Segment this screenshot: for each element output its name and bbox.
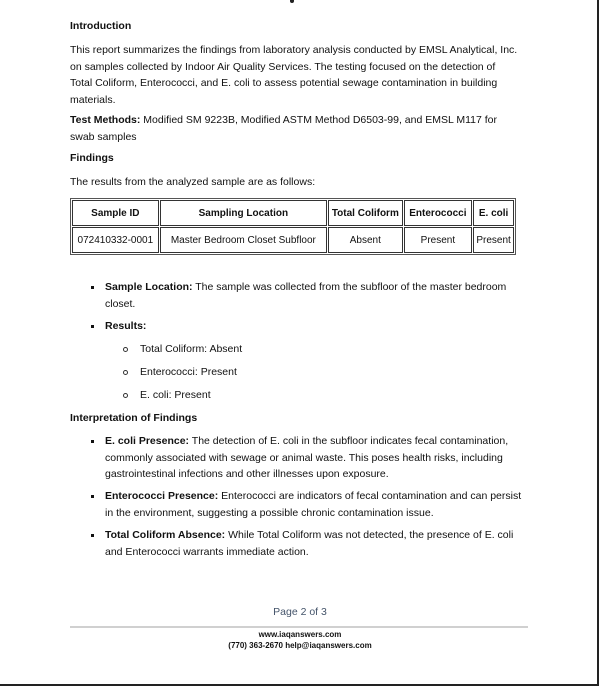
header-sample-id: Sample ID (72, 200, 159, 226)
footer-website: www.iaqanswers.com (0, 630, 600, 639)
test-methods-text: Modified SM 9223B, Modified ASTM Method … (140, 114, 497, 126)
sample-location-text-cont: closet. (105, 296, 540, 313)
sub-bullet-icon (123, 347, 128, 352)
results-bullet: Results: (105, 318, 146, 335)
bullet-icon (91, 325, 94, 328)
result-item: Enterococci: Present (140, 364, 237, 381)
cell-total-coliform: Absent (328, 227, 403, 253)
findings-heading: Findings (70, 152, 114, 164)
sample-location-text: The sample was collected from the subflo… (193, 281, 507, 293)
cell-sample-id: 072410332-0001 (72, 227, 159, 253)
bullet-icon (91, 495, 94, 498)
table-row: 072410332-0001 Master Bedroom Closet Sub… (72, 227, 514, 253)
interpretation-text: and Enterococci warrants immediate actio… (105, 544, 545, 561)
results-label: Results: (105, 320, 146, 332)
document-page: Introduction This report summarizes the … (0, 0, 599, 686)
header-sampling-location: Sampling Location (160, 200, 327, 226)
interpretation-label: Total Coliform Absence: (105, 529, 225, 541)
cell-sampling-location: Master Bedroom Closet Subfloor (160, 227, 327, 253)
test-methods-label: Test Methods: (70, 114, 140, 126)
sub-bullet-icon (123, 370, 128, 375)
interpretation-item-total-coliform: Total Coliform Absence: While Total Coli… (105, 527, 545, 560)
interpretation-text: Enterococci are indicators of fecal cont… (218, 490, 521, 502)
table-header-row: Sample ID Sampling Location Total Colifo… (72, 200, 514, 226)
introduction-line: Total Coliform, Enterococci, and E. coli… (70, 75, 540, 92)
footer-contact: (770) 363-2670 help@iaqanswers.com (0, 641, 600, 650)
cell-e-coli: Present (473, 227, 514, 253)
findings-intro: The results from the analyzed sample are… (70, 174, 540, 191)
interpretation-item-e-coli: E. coli Presence: The detection of E. co… (105, 433, 545, 483)
introduction-heading: Introduction (70, 20, 131, 32)
bullet-icon (91, 286, 94, 289)
interpretation-text: gastrointestinal infections and other il… (105, 466, 545, 483)
interpretation-text: commonly associated with sewage or anima… (105, 450, 545, 467)
page-number: Page 2 of 3 (0, 606, 600, 618)
sub-bullet-icon (123, 393, 128, 398)
result-item: E. coli: Present (140, 387, 211, 404)
interpretation-label: Enterococci Presence: (105, 490, 218, 502)
title-fragment (290, 0, 294, 3)
interpretation-item-enterococci: Enterococci Presence: Enterococci are in… (105, 488, 545, 521)
introduction-line: materials. (70, 92, 540, 109)
test-methods-text-cont: swab samples (70, 129, 540, 146)
interpretation-text: The detection of E. coli in the subfloor… (189, 435, 508, 447)
results-table: Sample ID Sampling Location Total Colifo… (70, 198, 516, 255)
bullet-icon (91, 440, 94, 443)
bullet-icon (91, 534, 94, 537)
interpretation-label: E. coli Presence: (105, 435, 189, 447)
sample-location-label: Sample Location: (105, 281, 193, 293)
header-enterococci: Enterococci (404, 200, 473, 226)
interpretation-text: in the environment, suggesting a possibl… (105, 505, 545, 522)
header-e-coli: E. coli (473, 200, 514, 226)
footer-divider (70, 626, 528, 628)
interpretation-text: While Total Coliform was not detected, t… (225, 529, 513, 541)
sample-location-bullet: Sample Location: The sample was collecte… (105, 279, 540, 312)
result-item: Total Coliform: Absent (140, 341, 242, 358)
cell-enterococci: Present (404, 227, 473, 253)
introduction-line: This report summarizes the findings from… (70, 42, 540, 59)
header-total-coliform: Total Coliform (328, 200, 403, 226)
test-methods-paragraph: Test Methods: Modified SM 9223B, Modifie… (70, 112, 540, 145)
introduction-paragraph: This report summarizes the findings from… (70, 42, 540, 108)
interpretation-heading: Interpretation of Findings (70, 412, 197, 424)
introduction-line: on samples collected by Indoor Air Quali… (70, 59, 540, 76)
